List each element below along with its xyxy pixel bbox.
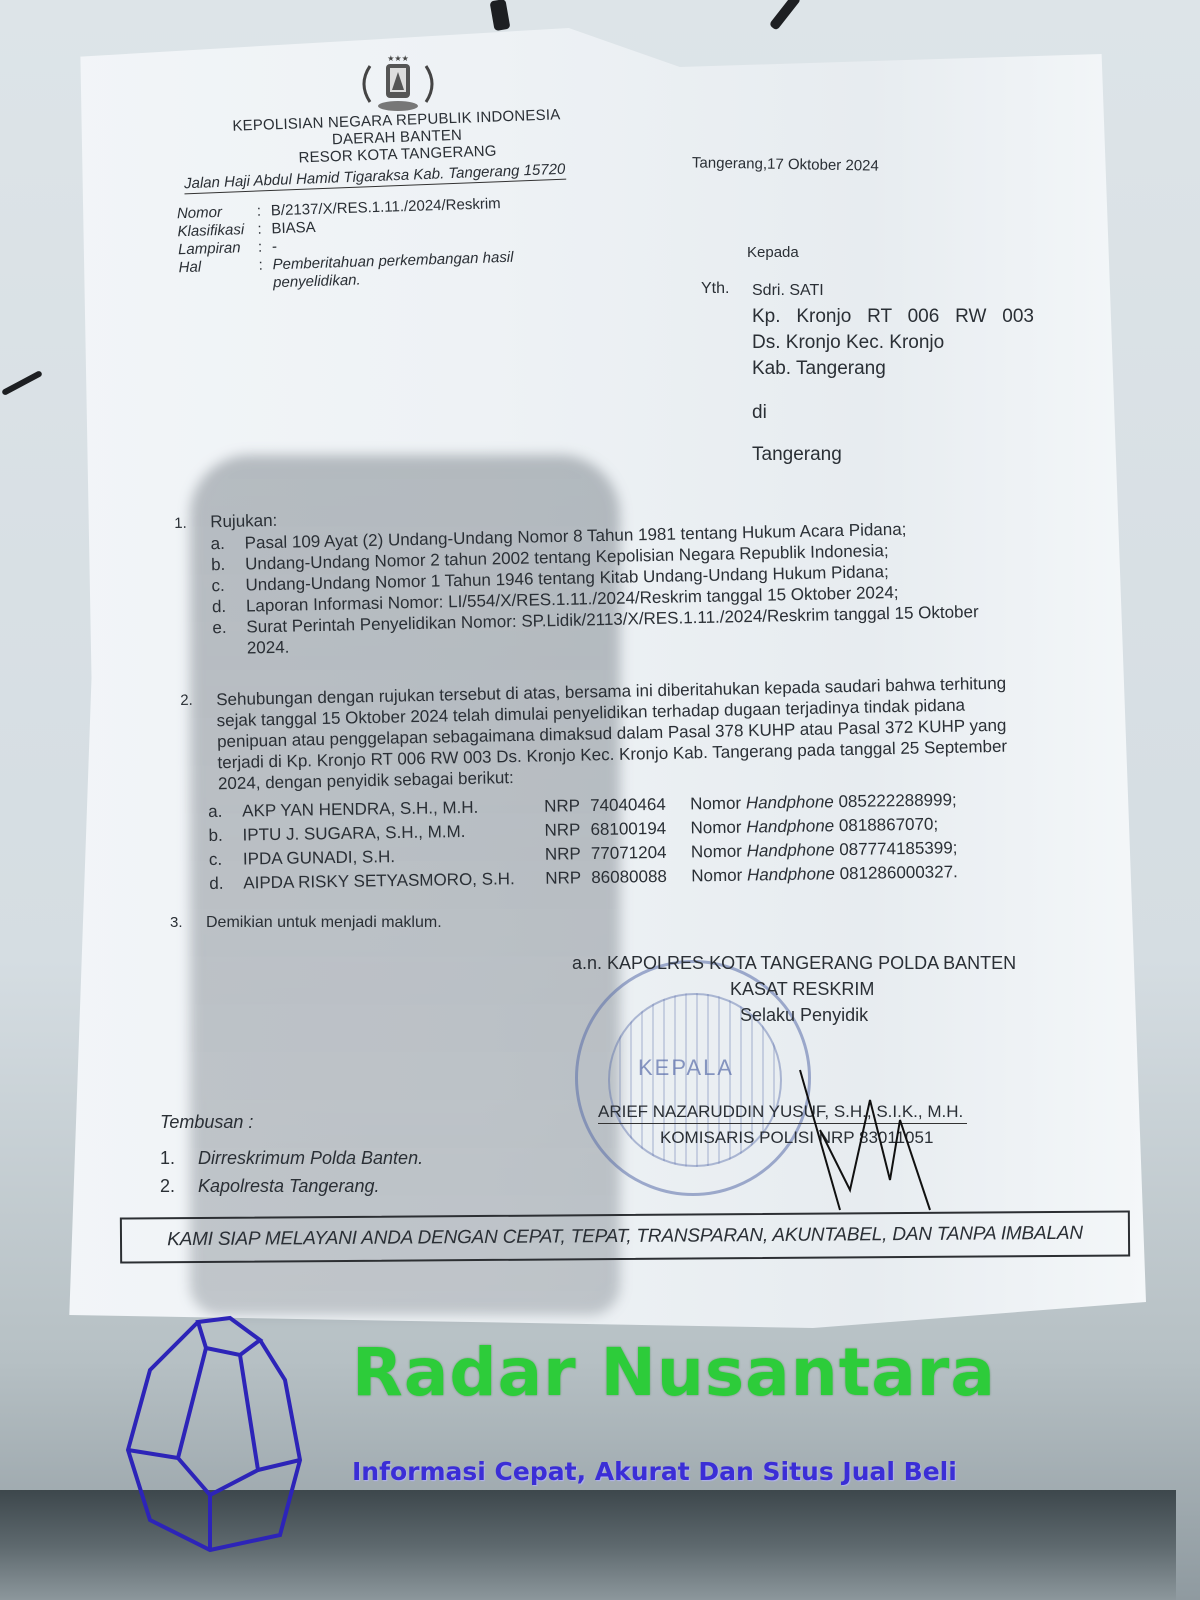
recipient-name: Sdri. SATI: [752, 278, 1034, 304]
watermark-title: Radar Nusantara: [352, 1334, 996, 1411]
signature-on-behalf: a.n. KAPOLRES KOTA TANGERANG POLDA BANTE…: [572, 950, 1016, 976]
investigator-list: a.AKP YAN HENDRA, S.H., M.H.NRP74040464N…: [208, 788, 958, 896]
recipient-kepada: Kepada: [747, 244, 799, 261]
dodecahedron-logo-icon: [110, 1310, 350, 1560]
svg-text:★★★: ★★★: [387, 54, 409, 63]
section-closing: 3.Demikian untuk menjadi maklum.: [170, 912, 442, 933]
rujukan-title: Rujukan:: [210, 511, 277, 531]
section-rujukan: 1.Rujukan: a.Pasal 109 Ayat (2) Undang-U…: [174, 495, 979, 660]
watermark-tagline: Informasi Cepat, Akurat Dan Situs Jual B…: [352, 1457, 957, 1486]
recipient-block: Sdri. SATI Kp. Kronjo RT 006 RW 003 Ds. …: [752, 278, 1034, 468]
section-pemberitahuan: 2. Sehubungan dengan rujukan tersebut di…: [180, 673, 1008, 795]
recipient-city: Tangerang: [752, 442, 1034, 468]
letterhead-org: KEPOLISIAN NEGARA REPUBLIK INDONESIA DAE…: [221, 106, 573, 169]
stamp-label: KEPALA: [638, 1055, 734, 1081]
tembusan-title: Tembusan :: [160, 1108, 423, 1136]
recipient-yth: Yth.: [701, 280, 729, 298]
motto-text: KAMI SIAP MELAYANI ANDA DENGAN CEPAT, TE…: [167, 1223, 1083, 1251]
signature-role: Selaku Penyidik: [572, 1002, 1016, 1028]
recipient-di: di: [752, 400, 1034, 426]
recipient-addr2: Ds. Kronjo Kec. Kronjo: [752, 330, 1034, 356]
tembusan-item: 1.Dirreskrimum Polda Banten.: [160, 1144, 423, 1172]
tembusan-item: 2.Kapolresta Tangerang.: [160, 1172, 423, 1200]
motto-banner: KAMI SIAP MELAYANI ANDA DENGAN CEPAT, TE…: [120, 1210, 1130, 1263]
letter-meta: Nomor:B/2137/X/RES.1.11./2024/Reskrim Kl…: [177, 195, 515, 295]
police-emblem-icon: ★★★: [352, 52, 444, 116]
tembusan-block: Tembusan : 1.Dirreskrimum Polda Banten. …: [160, 1108, 423, 1200]
handwritten-signature-icon: [780, 1060, 950, 1220]
date-line: Tangerang,17 Oktober 2024: [692, 154, 879, 174]
recipient-addr1: Kp. Kronjo RT 006 RW 003: [752, 304, 1034, 330]
signature-position: KASAT RESKRIM: [572, 976, 1016, 1002]
recipient-addr3: Kab. Tangerang: [752, 356, 1034, 382]
signature-block: a.n. KAPOLRES KOTA TANGERANG POLDA BANTE…: [572, 950, 1016, 1028]
